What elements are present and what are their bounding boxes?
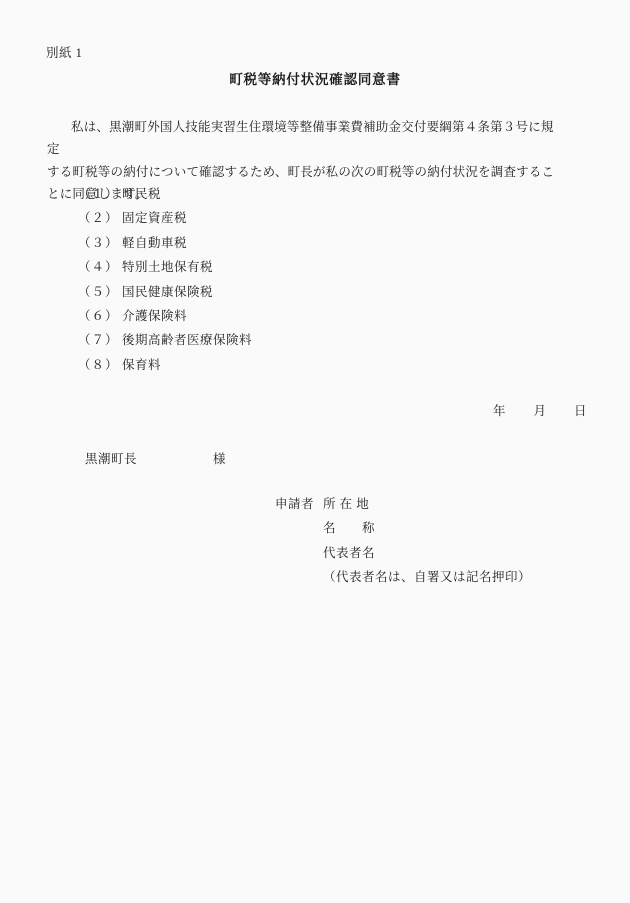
tax-list-item: （１）町民税 — [78, 182, 252, 206]
tax-item-number: （３） — [78, 231, 122, 255]
applicant-address-label: 所 在 地 — [323, 497, 369, 511]
tax-item-name: 後期高齢者医療保険料 — [122, 333, 252, 347]
tax-item-name: 介護保険料 — [122, 309, 187, 323]
tax-list-item: （３）軽自動車税 — [78, 231, 252, 255]
date-day-label: 日 — [574, 404, 587, 418]
attachment-label: 別紙 1 — [46, 43, 82, 61]
page-title: 町税等納付状況確認同意書 — [0, 68, 630, 88]
consent-paragraph-line: 私は、黒潮町外国人技能実習生住環境等整備事業費補助金交付要綱第４条第３号に規定 — [47, 116, 563, 161]
applicant-representative-row: 代表者名 — [275, 541, 531, 565]
tax-item-number: （８） — [78, 353, 122, 377]
tax-list-item: （２）固定資産税 — [78, 206, 252, 230]
addressee-line: 黒潮町長様 — [85, 449, 226, 467]
date-line: 年月日 — [493, 401, 587, 419]
tax-list-item: （８）保育料 — [78, 353, 252, 377]
applicant-signature-note-row: （代表者名は、自署又は記名押印） — [275, 565, 531, 589]
tax-item-number: （６） — [78, 304, 122, 328]
applicant-block: 申請者所 在 地 名 称 代表者名 （代表者名は、自署又は記名押印） — [275, 492, 531, 589]
document-page: 別紙 1 町税等納付状況確認同意書 私は、黒潮町外国人技能実習生住環境等整備事業… — [0, 0, 630, 903]
tax-item-number: （７） — [78, 328, 122, 352]
date-year-label: 年 — [493, 404, 506, 418]
tax-list: （１）町民税 （２）固定資産税 （３）軽自動車税 （４）特別土地保有税 （５）国… — [78, 182, 252, 377]
applicant-name-row: 名 称 — [275, 516, 531, 540]
tax-list-item: （６）介護保険料 — [78, 304, 252, 328]
consent-paragraph-line: する町税等の納付について確認するため、町長が私の次の町税等の納付状況を調査するこ — [47, 161, 563, 183]
date-month-label: 月 — [534, 404, 547, 418]
applicant-name-label: 名 称 — [323, 521, 375, 535]
tax-item-name: 特別土地保有税 — [122, 260, 213, 274]
tax-item-name: 国民健康保険税 — [122, 285, 213, 299]
tax-item-number: （２） — [78, 206, 122, 230]
addressee-honorific: 様 — [213, 452, 226, 466]
tax-item-name: 保育料 — [122, 358, 161, 372]
addressee-name: 黒潮町長 — [85, 452, 137, 466]
tax-item-number: （１） — [78, 182, 122, 206]
applicant-label: 申請者 — [275, 492, 323, 516]
tax-item-name: 町民税 — [122, 187, 161, 201]
tax-item-name: 固定資産税 — [122, 211, 187, 225]
applicant-signature-note: （代表者名は、自署又は記名押印） — [323, 570, 531, 584]
applicant-address-row: 申請者所 在 地 — [275, 492, 531, 516]
tax-list-item: （７）後期高齢者医療保険料 — [78, 328, 252, 352]
tax-item-name: 軽自動車税 — [122, 236, 187, 250]
tax-item-number: （４） — [78, 255, 122, 279]
tax-list-item: （４）特別土地保有税 — [78, 255, 252, 279]
tax-list-item: （５）国民健康保険税 — [78, 280, 252, 304]
applicant-representative-label: 代表者名 — [323, 546, 375, 560]
tax-item-number: （５） — [78, 280, 122, 304]
